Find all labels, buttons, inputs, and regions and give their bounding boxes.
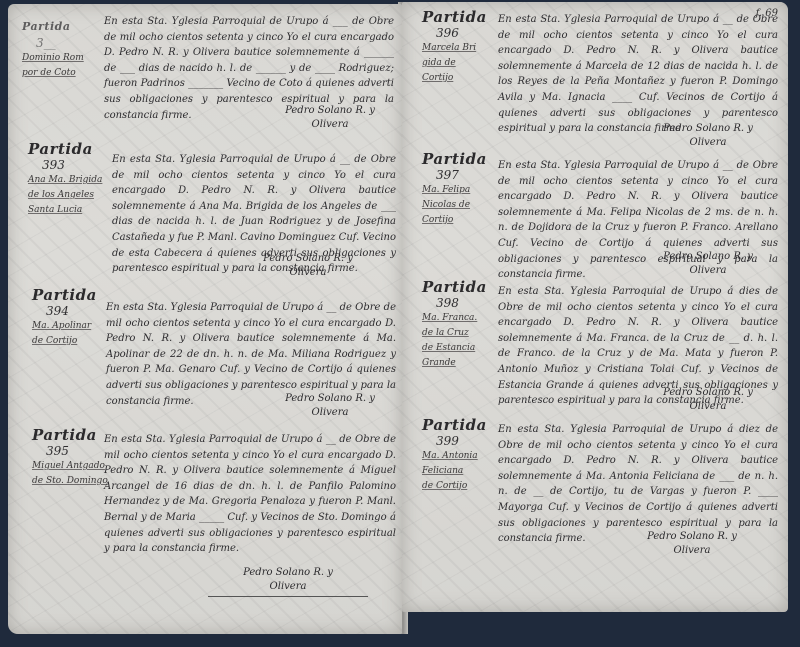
signature-surname: Olivera — [648, 136, 768, 150]
baptized-origin: por de Coto — [22, 66, 100, 81]
margin-note-entry-399: Partida 399 Ma. Antonia Feliciana de Cor… — [422, 416, 500, 494]
signature-surname: Olivera — [248, 266, 368, 280]
signature-entry-1: Pedro Solano R. y Olivera — [270, 104, 390, 132]
baptized-name: Ma. Apolinar — [32, 319, 110, 334]
entry-text-1: En esta Sta. Yglesia Parroquial de Urupo… — [104, 14, 394, 114]
baptized-name: Dominio Rom — [22, 51, 100, 66]
baptized-origin: de Sto. Domingo — [32, 474, 110, 489]
margin-note-entry-398: Partida 398 Ma. Franca. de la Cruz de Es… — [422, 278, 500, 371]
entry-text-399: En esta Sta. Yglesia Parroquial de Urupo… — [498, 422, 778, 532]
partida-label: Partida — [422, 150, 500, 168]
signature-flourish — [208, 594, 368, 597]
signature-surname: Olivera — [632, 544, 752, 558]
signature-surname: Olivera — [648, 400, 768, 414]
baptized-name-cont: de la Cruz — [422, 326, 500, 341]
signature-entry-399: Pedro Solano R. y Olivera — [632, 530, 752, 558]
entry-text-398: En esta Sta. Yglesia Parroquial de Urupo… — [498, 284, 778, 394]
partida-number: 3__ — [22, 36, 100, 51]
signature-name: Pedro Solano R. y — [248, 252, 368, 266]
signature-name: Pedro Solano R. y — [270, 392, 390, 406]
partida-label: Partida — [422, 8, 500, 26]
signature-surname: Olivera — [270, 118, 390, 132]
margin-note-entry-397: Partida 397 Ma. Felipa Nicolas de Cortij… — [422, 150, 500, 228]
partida-label: Partida — [422, 278, 500, 296]
signature-name: Pedro Solano R. y — [648, 386, 768, 400]
partida-number: 394 — [32, 304, 110, 319]
baptized-origin: Cortijo — [422, 213, 500, 228]
baptized-name-cont: Feliciana — [422, 464, 500, 479]
signature-name: Pedro Solano R. y — [632, 530, 752, 544]
partida-number: 393 — [28, 158, 106, 173]
entry-text-396: En esta Sta. Yglesia Parroquial de Urupo… — [498, 12, 778, 122]
partida-label: Partida — [28, 140, 106, 158]
partida-number: 396 — [422, 26, 500, 41]
baptized-origin: de Cortijo — [422, 479, 500, 494]
baptized-name: Miguel Antgado — [32, 459, 110, 474]
margin-note-entry-396: Partida 396 Marcela Bri gida de Cortijo — [422, 8, 500, 86]
baptized-name-cont: gida de — [422, 56, 500, 71]
partida-label: Partida — [422, 416, 500, 434]
signature-entry-397: Pedro Solano R. y Olivera — [648, 250, 768, 278]
left-page: Partida 3__ Dominio Rom por de Coto En e… — [8, 4, 402, 634]
signature-entry-396: Pedro Solano R. y Olivera — [648, 122, 768, 150]
entry-text-397: En esta Sta. Yglesia Parroquial de Urupo… — [498, 158, 778, 248]
partida-number: 399 — [422, 434, 500, 449]
partida-label: Partida — [32, 286, 110, 304]
partida-number: 398 — [422, 296, 500, 311]
signature-surname: Olivera — [228, 580, 348, 594]
signature-surname: Olivera — [648, 264, 768, 278]
margin-note-entry-394: Partida 394 Ma. Apolinar de Cortijo — [32, 286, 110, 349]
baptized-name: Ma. Franca. — [422, 311, 500, 326]
signature-name: Pedro Solano R. y — [228, 566, 348, 580]
baptized-name: Ma. Felipa — [422, 183, 500, 198]
entry-text-394: En esta Sta. Yglesia Parroquial de Urupo… — [106, 300, 396, 400]
baptized-origin: de Cortijo — [32, 334, 110, 349]
right-page: f. 69 Partida 396 Marcela Bri gida de Co… — [402, 2, 788, 612]
signature-name: Pedro Solano R. y — [270, 104, 390, 118]
baptized-origin-cont: Grande — [422, 356, 500, 371]
signature-entry-395: Pedro Solano R. y Olivera — [228, 566, 348, 597]
signature-entry-394: Pedro Solano R. y Olivera — [270, 392, 390, 420]
baptized-name-cont: de los Angeles — [28, 188, 106, 203]
baptized-name: Ma. Antonia — [422, 449, 500, 464]
signature-surname: Olivera — [270, 406, 390, 420]
margin-note-entry-1: Partida 3__ Dominio Rom por de Coto — [22, 18, 100, 81]
entry-text-395: En esta Sta. Yglesia Parroquial de Urupo… — [104, 432, 396, 562]
entry-text-393: En esta Sta. Yglesia Parroquial de Urupo… — [112, 152, 396, 262]
signature-name: Pedro Solano R. y — [648, 250, 768, 264]
signature-entry-398: Pedro Solano R. y Olivera — [648, 386, 768, 414]
baptized-origin: Cortijo — [422, 71, 500, 86]
baptized-name: Ana Ma. Brigida — [28, 173, 106, 188]
baptized-origin: Santa Lucia — [28, 203, 106, 218]
partida-label: Partida — [22, 18, 100, 36]
baptized-origin: de Estancia — [422, 341, 500, 356]
margin-note-entry-393: Partida 393 Ana Ma. Brigida de los Angel… — [28, 140, 106, 218]
partida-number: 395 — [32, 444, 110, 459]
baptized-name-cont: Nicolas de — [422, 198, 500, 213]
margin-note-entry-395: Partida 395 Miguel Antgado de Sto. Domin… — [32, 426, 110, 489]
partida-number: 397 — [422, 168, 500, 183]
baptized-name: Marcela Bri — [422, 41, 500, 56]
signature-entry-393: Pedro Solano R. y Olivera — [248, 252, 368, 280]
signature-name: Pedro Solano R. y — [648, 122, 768, 136]
partida-label: Partida — [32, 426, 110, 444]
